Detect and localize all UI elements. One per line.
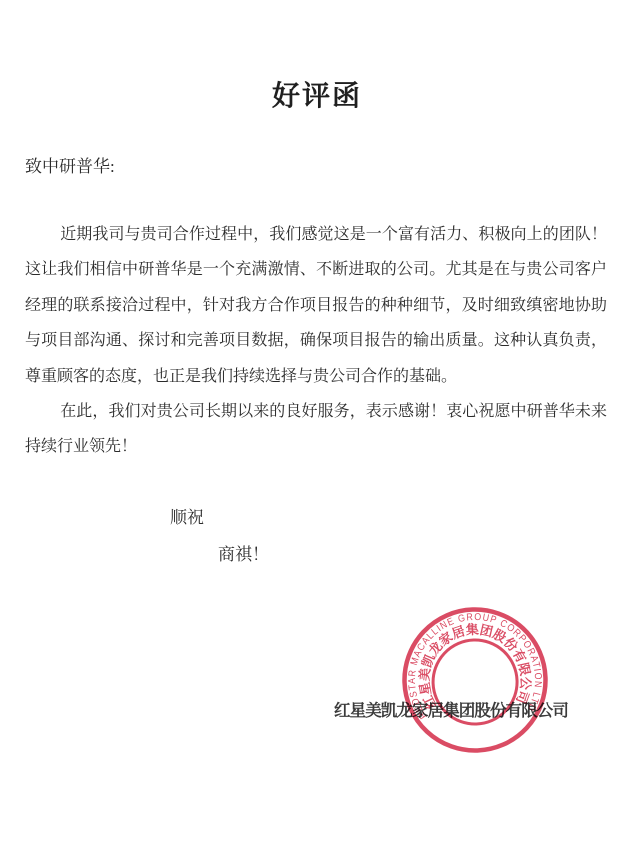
company-seal-stamp: REDSTAR MACALLINE GROUP CORPORATION LTD … [372,577,579,784]
stamp-inner-ring [432,639,519,726]
letter-paragraph: 近期我司与贵司合作过程中，我们感觉这是一个富有活力、积极向上的团队！这让我们相信… [25,217,607,394]
closing-regards: 商祺！ [218,540,269,565]
letter-title: 好评函 [0,74,634,114]
letter-body: 近期我司与贵司合作过程中，我们感觉这是一个富有活力、积极向上的团队！这让我们相信… [25,217,607,465]
letter-paragraph: 在此，我们对贵公司长期以来的良好服务，表示感谢！衷心祝愿中研普华未来持续行业领先… [25,394,607,465]
closing-wish: 顺祝 [170,503,204,528]
document-page: 好评函 致中研普华: 近期我司与贵司合作过程中，我们感觉这是一个富有活力、积极向… [0,0,634,859]
letter-salutation: 致中研普华: [25,152,115,177]
